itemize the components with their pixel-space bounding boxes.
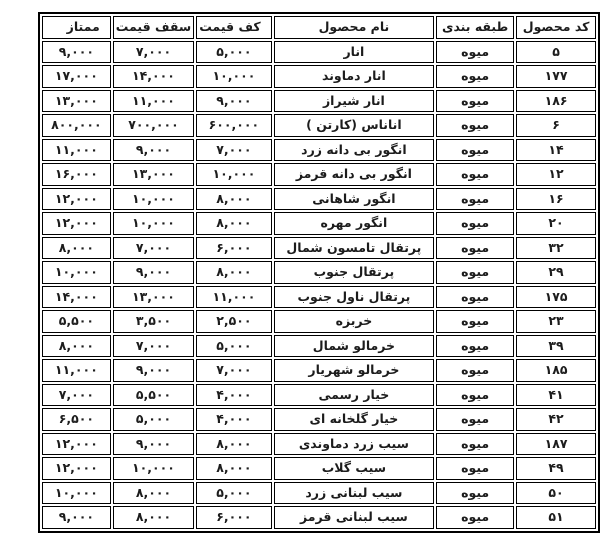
cell-code: ۱۲: [516, 163, 596, 186]
table-row: ۱۲میوهانگور بی دانه قرمز۱۰,۰۰۰۱۳,۰۰۰۱۶,۰…: [42, 163, 596, 186]
cell-premium: ۸,۰۰۰: [42, 237, 111, 260]
cell-code: ۳۲: [516, 237, 596, 260]
cell-name: انار: [274, 41, 435, 64]
cell-code: ۱۴: [516, 139, 596, 162]
table-row: ۴۲میوهخیار گلخانه ای۴,۰۰۰۵,۰۰۰۶,۵۰۰: [42, 408, 596, 431]
cell-code: ۵: [516, 41, 596, 64]
cell-premium: ۱۲,۰۰۰: [42, 457, 111, 480]
table-row: ۲۰میوهانگور مهره۸,۰۰۰۱۰,۰۰۰۱۲,۰۰۰: [42, 212, 596, 235]
cell-code: ۱۸۵: [516, 359, 596, 382]
cell-premium: ۱۶,۰۰۰: [42, 163, 111, 186]
cell-premium: ۷,۰۰۰: [42, 384, 111, 407]
cell-code: ۵۱: [516, 506, 596, 529]
cell-ceiling: ۹,۰۰۰: [113, 261, 194, 284]
table-row: ۱۴میوهانگور بی دانه زرد۷,۰۰۰۹,۰۰۰۱۱,۰۰۰: [42, 139, 596, 162]
cell-premium: ۱۴,۰۰۰: [42, 286, 111, 309]
cell-category: میوه: [436, 457, 514, 480]
table-row: ۵میوهانار۵,۰۰۰۷,۰۰۰۹,۰۰۰: [42, 41, 596, 64]
cell-code: ۲۹: [516, 261, 596, 284]
cell-ceiling: ۵,۵۰۰: [113, 384, 194, 407]
cell-floor: ۸,۰۰۰: [196, 433, 271, 456]
column-header-ceiling: سقف قیمت: [113, 16, 194, 39]
cell-name: سیب گلاب: [274, 457, 435, 480]
cell-category: میوه: [436, 335, 514, 358]
cell-code: ۳۹: [516, 335, 596, 358]
table-row: ۵۱میوهسیب لبنانی قرمز۶,۰۰۰۸,۰۰۰۹,۰۰۰: [42, 506, 596, 529]
cell-name: سیب زرد دماوندی: [274, 433, 435, 456]
cell-ceiling: ۱۳,۰۰۰: [113, 163, 194, 186]
cell-ceiling: ۹,۰۰۰: [113, 433, 194, 456]
cell-premium: ۱۲,۰۰۰: [42, 212, 111, 235]
column-header-name: نام محصول: [274, 16, 435, 39]
cell-name: اناناس (کارتن ): [274, 114, 435, 137]
cell-name: انگور بی دانه زرد: [274, 139, 435, 162]
cell-category: میوه: [436, 359, 514, 382]
table-row: ۶میوهاناناس (کارتن )۶۰۰,۰۰۰۷۰۰,۰۰۰۸۰۰,۰۰…: [42, 114, 596, 137]
cell-floor: ۶,۰۰۰: [196, 506, 271, 529]
cell-ceiling: ۳,۵۰۰: [113, 310, 194, 333]
table-row: ۱۷۵میوهپرتقال ناول جنوب۱۱,۰۰۰۱۳,۰۰۰۱۴,۰۰…: [42, 286, 596, 309]
table-body: ۵میوهانار۵,۰۰۰۷,۰۰۰۹,۰۰۰۱۷۷میوهانار دماو…: [42, 41, 596, 529]
cell-premium: ۱۱,۰۰۰: [42, 139, 111, 162]
cell-category: میوه: [436, 310, 514, 333]
cell-name: خرمالو شهریار: [274, 359, 435, 382]
cell-code: ۱۷۷: [516, 65, 596, 88]
column-header-category: طبقه بندی: [436, 16, 514, 39]
cell-category: میوه: [436, 408, 514, 431]
table-row: ۱۷۷میوهانار دماوند۱۰,۰۰۰۱۴,۰۰۰۱۷,۰۰۰: [42, 65, 596, 88]
cell-ceiling: ۱۱,۰۰۰: [113, 90, 194, 113]
cell-premium: ۱۰,۰۰۰: [42, 482, 111, 505]
cell-category: میوه: [436, 506, 514, 529]
cell-floor: ۵,۰۰۰: [196, 335, 271, 358]
cell-premium: ۸,۰۰۰: [42, 335, 111, 358]
cell-name: انگور شاهانی: [274, 188, 435, 211]
cell-name: خربزه: [274, 310, 435, 333]
cell-category: میوه: [436, 90, 514, 113]
cell-ceiling: ۸,۰۰۰: [113, 482, 194, 505]
cell-ceiling: ۹,۰۰۰: [113, 359, 194, 382]
cell-category: میوه: [436, 433, 514, 456]
cell-category: میوه: [436, 261, 514, 284]
cell-category: میوه: [436, 65, 514, 88]
cell-floor: ۸,۰۰۰: [196, 212, 271, 235]
cell-category: میوه: [436, 41, 514, 64]
cell-name: انگور بی دانه قرمز: [274, 163, 435, 186]
cell-category: میوه: [436, 139, 514, 162]
cell-name: انار دماوند: [274, 65, 435, 88]
cell-floor: ۴,۰۰۰: [196, 384, 271, 407]
cell-premium: ۶,۵۰۰: [42, 408, 111, 431]
cell-code: ۵۰: [516, 482, 596, 505]
cell-code: ۱۸۶: [516, 90, 596, 113]
cell-premium: ۱۲,۰۰۰: [42, 433, 111, 456]
cell-ceiling: ۷,۰۰۰: [113, 41, 194, 64]
cell-floor: ۹,۰۰۰: [196, 90, 271, 113]
table-row: ۲۹میوهپرتقال جنوب۸,۰۰۰۹,۰۰۰۱۰,۰۰۰: [42, 261, 596, 284]
table-row: ۵۰میوهسیب لبنانی زرد۵,۰۰۰۸,۰۰۰۱۰,۰۰۰: [42, 482, 596, 505]
cell-ceiling: ۱۰,۰۰۰: [113, 457, 194, 480]
cell-code: ۴۱: [516, 384, 596, 407]
cell-floor: ۱۱,۰۰۰: [196, 286, 271, 309]
cell-premium: ۵,۵۰۰: [42, 310, 111, 333]
table-row: ۱۸۷میوهسیب زرد دماوندی۸,۰۰۰۹,۰۰۰۱۲,۰۰۰: [42, 433, 596, 456]
cell-ceiling: ۷۰۰,۰۰۰: [113, 114, 194, 137]
table-row: ۱۸۶میوهانار شیراز۹,۰۰۰۱۱,۰۰۰۱۳,۰۰۰: [42, 90, 596, 113]
cell-ceiling: ۹,۰۰۰: [113, 139, 194, 162]
cell-premium: ۱۰,۰۰۰: [42, 261, 111, 284]
cell-name: انار شیراز: [274, 90, 435, 113]
cell-ceiling: ۷,۰۰۰: [113, 335, 194, 358]
table-row: ۱۶میوهانگور شاهانی۸,۰۰۰۱۰,۰۰۰۱۲,۰۰۰: [42, 188, 596, 211]
table-row: ۳۹میوهخرمالو شمال۵,۰۰۰۷,۰۰۰۸,۰۰۰: [42, 335, 596, 358]
cell-floor: ۵,۰۰۰: [196, 41, 271, 64]
cell-code: ۱۶: [516, 188, 596, 211]
cell-category: میوه: [436, 188, 514, 211]
cell-ceiling: ۷,۰۰۰: [113, 237, 194, 260]
cell-floor: ۷,۰۰۰: [196, 139, 271, 162]
cell-name: خیار رسمی: [274, 384, 435, 407]
cell-name: خیار گلخانه ای: [274, 408, 435, 431]
price-table-container: کد محصولطبقه بندینام محصولکف قیمتسقف قیم…: [38, 12, 600, 533]
cell-name: انگور مهره: [274, 212, 435, 235]
header-row: کد محصولطبقه بندینام محصولکف قیمتسقف قیم…: [42, 16, 596, 39]
cell-category: میوه: [436, 114, 514, 137]
column-header-floor: کف قیمت: [196, 16, 271, 39]
cell-code: ۴۹: [516, 457, 596, 480]
cell-ceiling: ۱۰,۰۰۰: [113, 212, 194, 235]
cell-floor: ۸,۰۰۰: [196, 188, 271, 211]
cell-category: میوه: [436, 212, 514, 235]
cell-category: میوه: [436, 163, 514, 186]
cell-floor: ۱۰,۰۰۰: [196, 163, 271, 186]
column-header-premium: ممتاز: [42, 16, 111, 39]
cell-floor: ۸,۰۰۰: [196, 261, 271, 284]
cell-premium: ۸۰۰,۰۰۰: [42, 114, 111, 137]
cell-code: ۱۷۵: [516, 286, 596, 309]
cell-floor: ۲,۵۰۰: [196, 310, 271, 333]
cell-ceiling: ۱۰,۰۰۰: [113, 188, 194, 211]
cell-code: ۲۰: [516, 212, 596, 235]
cell-name: خرمالو شمال: [274, 335, 435, 358]
cell-category: میوه: [436, 237, 514, 260]
cell-name: سیب لبنانی زرد: [274, 482, 435, 505]
cell-floor: ۱۰,۰۰۰: [196, 65, 271, 88]
cell-ceiling: ۸,۰۰۰: [113, 506, 194, 529]
cell-floor: ۴,۰۰۰: [196, 408, 271, 431]
cell-premium: ۱۱,۰۰۰: [42, 359, 111, 382]
cell-code: ۴۲: [516, 408, 596, 431]
cell-category: میوه: [436, 286, 514, 309]
cell-code: ۱۸۷: [516, 433, 596, 456]
cell-name: پرتقال جنوب: [274, 261, 435, 284]
table-row: ۱۸۵میوهخرمالو شهریار۷,۰۰۰۹,۰۰۰۱۱,۰۰۰: [42, 359, 596, 382]
table-row: ۴۱میوهخیار رسمی۴,۰۰۰۵,۵۰۰۷,۰۰۰: [42, 384, 596, 407]
cell-floor: ۶۰۰,۰۰۰: [196, 114, 271, 137]
table-row: ۳۲میوهپرتقال تامسون شمال۶,۰۰۰۷,۰۰۰۸,۰۰۰: [42, 237, 596, 260]
cell-floor: ۸,۰۰۰: [196, 457, 271, 480]
cell-premium: ۱۳,۰۰۰: [42, 90, 111, 113]
cell-floor: ۶,۰۰۰: [196, 237, 271, 260]
cell-ceiling: ۵,۰۰۰: [113, 408, 194, 431]
cell-name: سیب لبنانی قرمز: [274, 506, 435, 529]
cell-floor: ۷,۰۰۰: [196, 359, 271, 382]
cell-category: میوه: [436, 482, 514, 505]
cell-floor: ۵,۰۰۰: [196, 482, 271, 505]
cell-premium: ۱۷,۰۰۰: [42, 65, 111, 88]
cell-category: میوه: [436, 384, 514, 407]
cell-premium: ۹,۰۰۰: [42, 41, 111, 64]
cell-name: پرتقال تامسون شمال: [274, 237, 435, 260]
cell-premium: ۹,۰۰۰: [42, 506, 111, 529]
cell-premium: ۱۲,۰۰۰: [42, 188, 111, 211]
cell-ceiling: ۱۳,۰۰۰: [113, 286, 194, 309]
price-table: کد محصولطبقه بندینام محصولکف قیمتسقف قیم…: [38, 12, 600, 533]
table-header: کد محصولطبقه بندینام محصولکف قیمتسقف قیم…: [42, 16, 596, 39]
cell-ceiling: ۱۴,۰۰۰: [113, 65, 194, 88]
cell-code: ۲۳: [516, 310, 596, 333]
table-row: ۴۹میوهسیب گلاب۸,۰۰۰۱۰,۰۰۰۱۲,۰۰۰: [42, 457, 596, 480]
column-header-code: کد محصول: [516, 16, 596, 39]
cell-name: پرتقال ناول جنوب: [274, 286, 435, 309]
table-row: ۲۳میوهخربزه۲,۵۰۰۳,۵۰۰۵,۵۰۰: [42, 310, 596, 333]
cell-code: ۶: [516, 114, 596, 137]
